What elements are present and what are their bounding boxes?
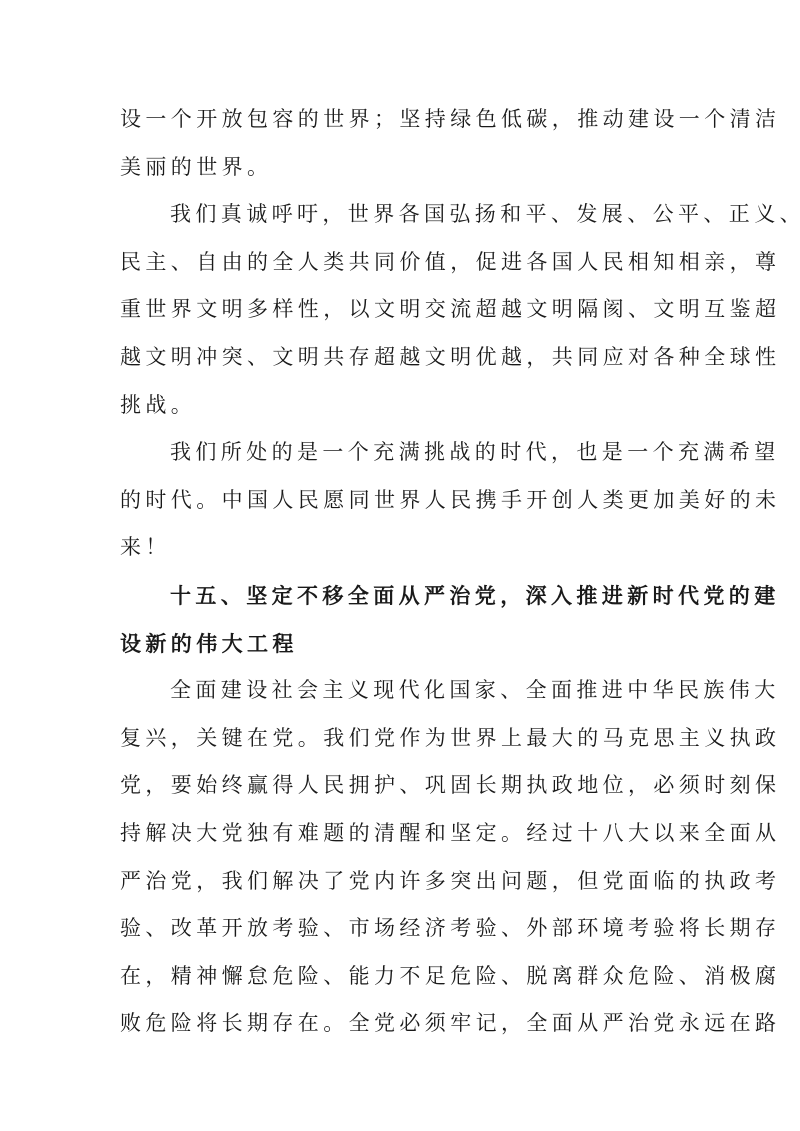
text-line: 民主、自由的全人类共同价值，促进各国人民相知相亲，尊 <box>120 239 680 287</box>
text-line: 挑战。 <box>120 382 680 430</box>
text-line: 我们真诚呼吁，世界各国弘扬和平、发展、公平、正义、 <box>120 191 680 239</box>
text-line: 的时代。中国人民愿同世界人民携手开创人类更加美好的未 <box>120 477 680 525</box>
text-line: 严治党，我们解决了党内许多突出问题，但党面临的执政考 <box>120 858 680 906</box>
text-line: 在，精神懈怠危险、能力不足危险、脱离群众危险、消极腐 <box>120 953 680 1001</box>
text-line: 设一个开放包容的世界；坚持绿色低碳，推动建设一个清洁 <box>120 96 680 144</box>
paragraph-open-world-continuation: 设一个开放包容的世界；坚持绿色低碳，推动建设一个清洁 美丽的世界。 <box>120 96 680 191</box>
paragraph-common-values: 我们真诚呼吁，世界各国弘扬和平、发展、公平、正义、 民主、自由的全人类共同价值，… <box>120 191 680 429</box>
text-line: 全面建设社会主义现代化国家、全面推进中华民族伟大 <box>120 667 680 715</box>
section-heading-fifteen: 十五、坚定不移全面从严治党，深入推进新时代党的建 设新的伟大工程 <box>120 572 680 667</box>
heading-line: 设新的伟大工程 <box>120 620 680 668</box>
paragraph-party-governance: 全面建设社会主义现代化国家、全面推进中华民族伟大 复兴，关键在党。我们党作为世界… <box>120 667 680 1048</box>
text-line: 重世界文明多样性，以文明交流超越文明隔阂、文明互鉴超 <box>120 286 680 334</box>
text-line: 越文明冲突、文明共存超越文明优越，共同应对各种全球性 <box>120 334 680 382</box>
text-line: 验、改革开放考验、市场经济考验、外部环境考验将长期存 <box>120 905 680 953</box>
text-line: 败危险将长期存在。全党必须牢记，全面从严治党永远在路 <box>120 1000 680 1048</box>
document-body: 设一个开放包容的世界；坚持绿色低碳，推动建设一个清洁 美丽的世界。 我们真诚呼吁… <box>120 96 680 1048</box>
paragraph-era-of-hope: 我们所处的是一个充满挑战的时代，也是一个充满希望 的时代。中国人民愿同世界人民携… <box>120 429 680 572</box>
document-page: 设一个开放包容的世界；坚持绿色低碳，推动建设一个清洁 美丽的世界。 我们真诚呼吁… <box>0 0 800 1131</box>
text-line: 来！ <box>120 524 680 572</box>
text-line: 复兴，关键在党。我们党作为世界上最大的马克思主义执政 <box>120 715 680 763</box>
text-line: 美丽的世界。 <box>120 144 680 192</box>
text-line: 党，要始终赢得人民拥护、巩固长期执政地位，必须时刻保 <box>120 762 680 810</box>
heading-line: 十五、坚定不移全面从严治党，深入推进新时代党的建 <box>120 572 680 620</box>
text-line: 持解决大党独有难题的清醒和坚定。经过十八大以来全面从 <box>120 810 680 858</box>
text-line: 我们所处的是一个充满挑战的时代，也是一个充满希望 <box>120 429 680 477</box>
